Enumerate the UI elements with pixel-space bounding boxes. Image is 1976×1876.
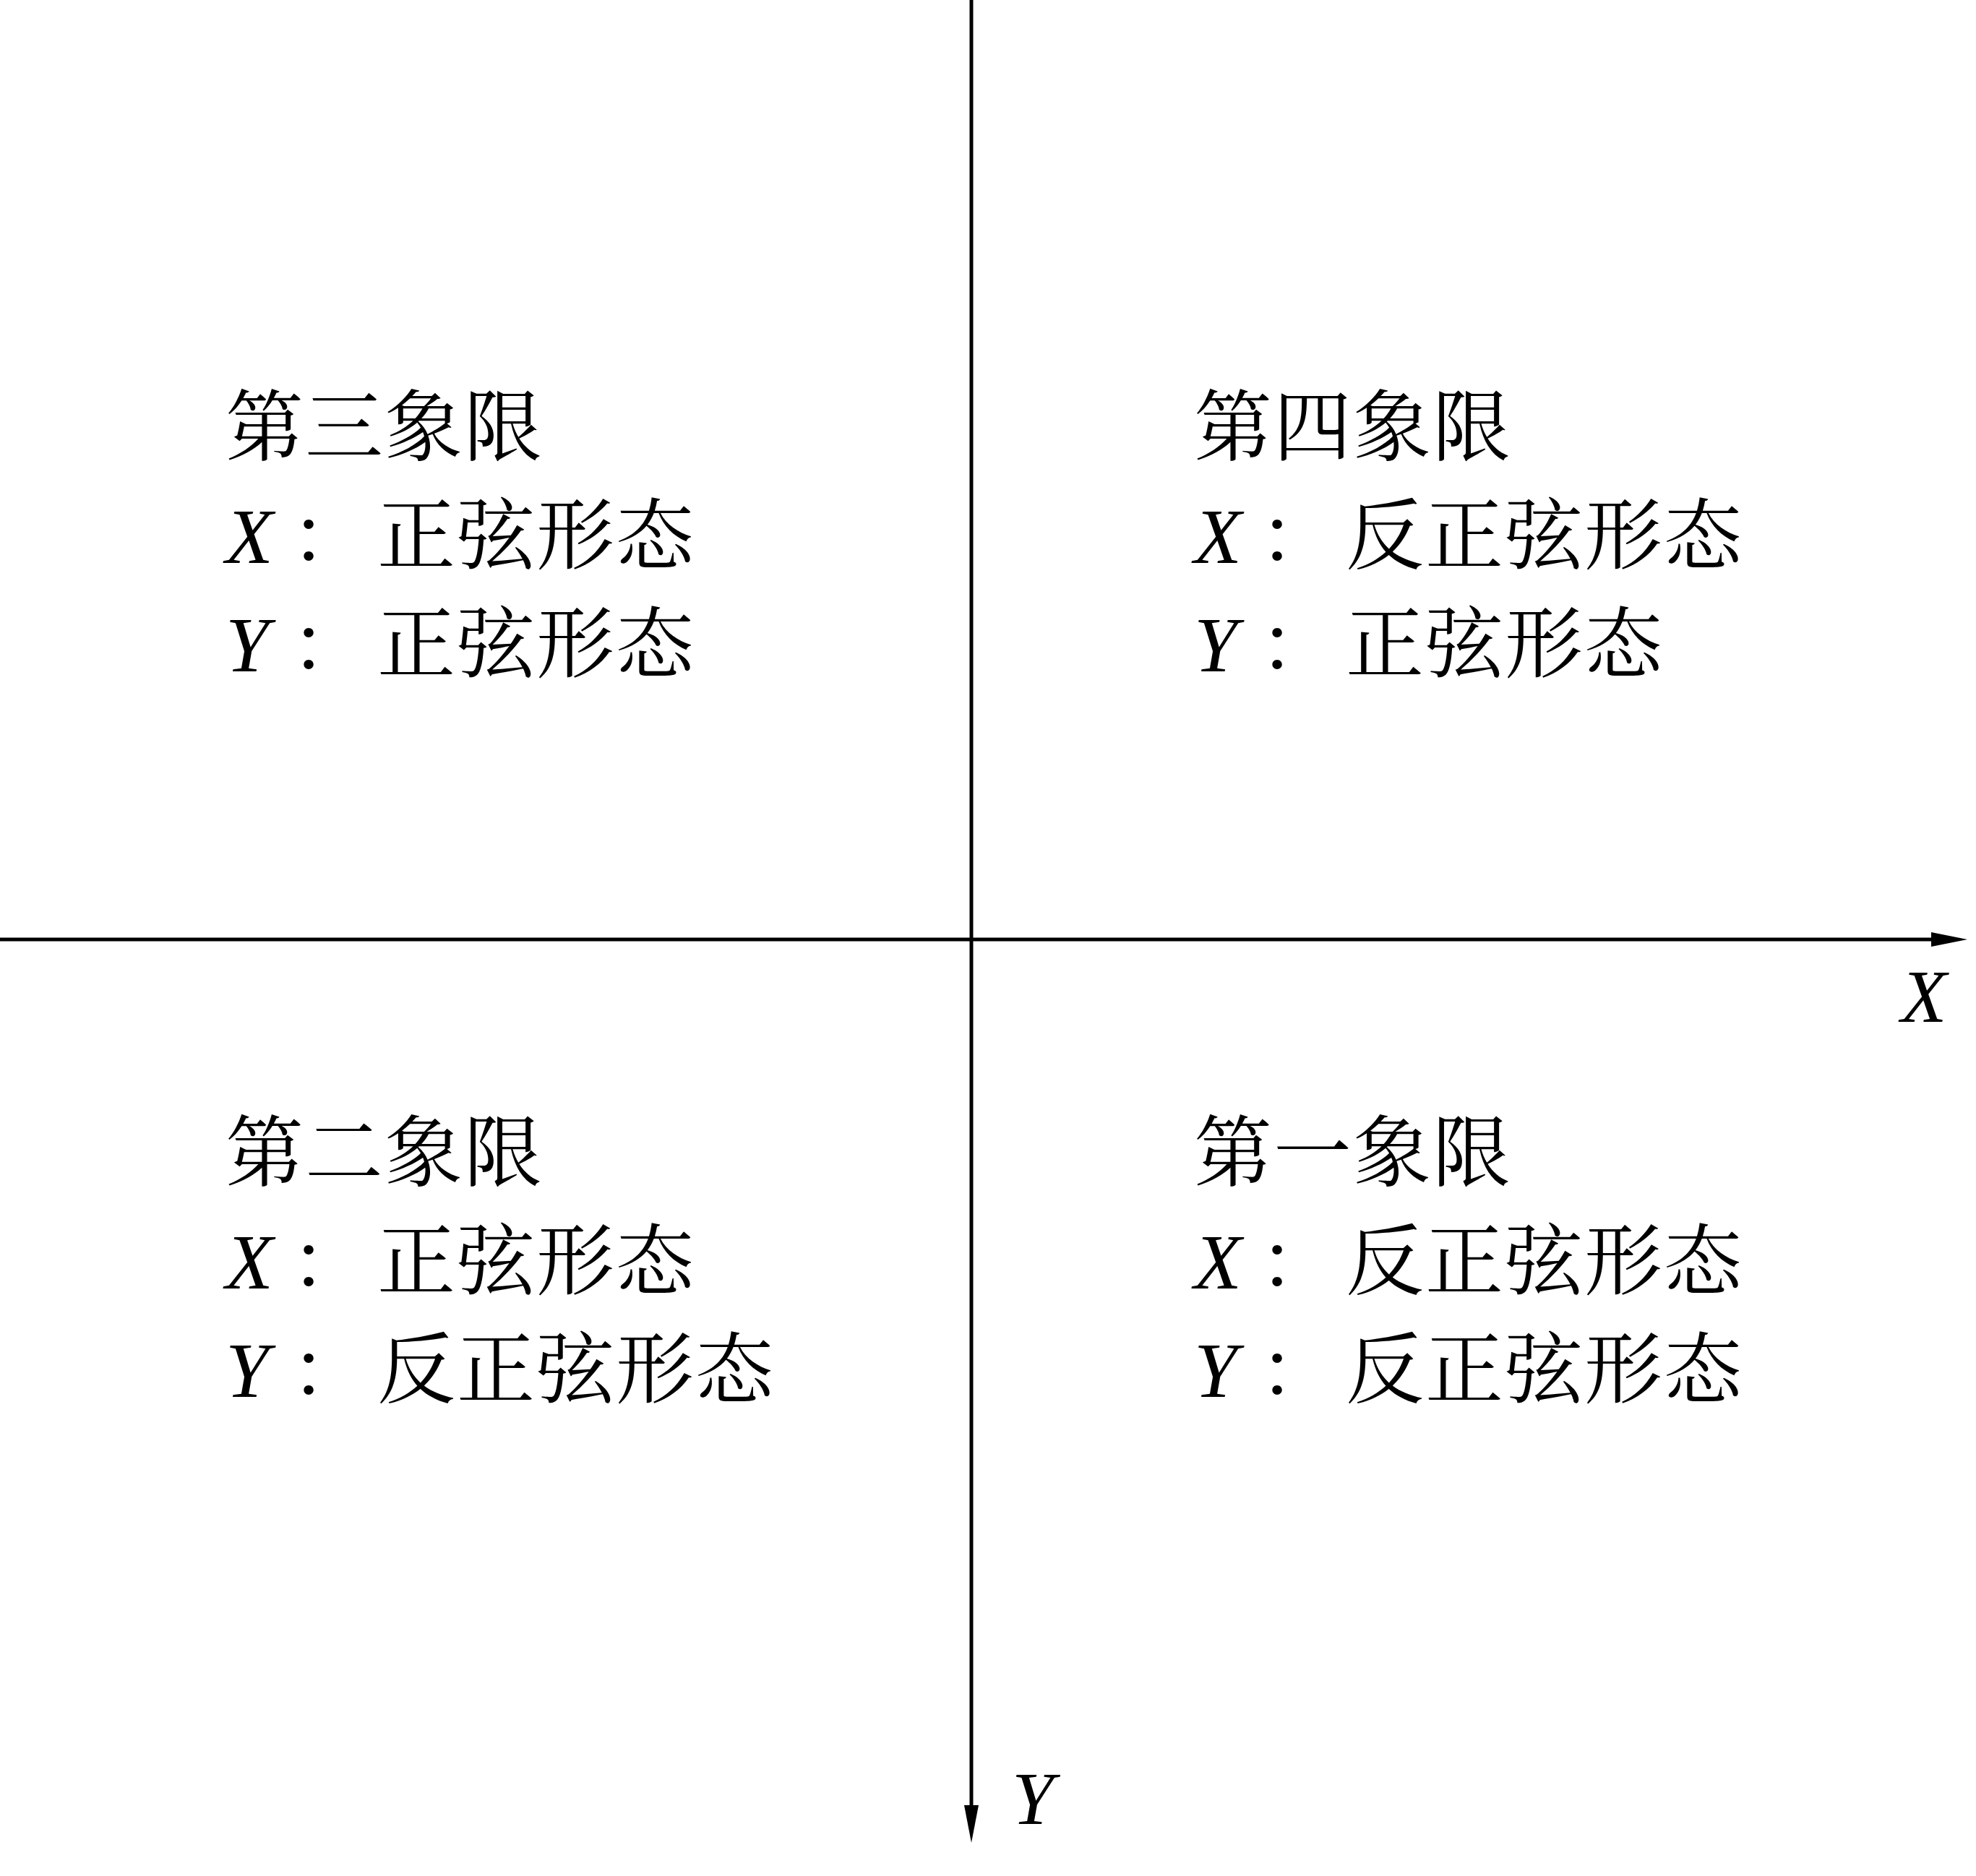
separator: ： — [1259, 483, 1346, 591]
separator: ： — [1259, 1317, 1346, 1425]
quadrant-2-text: 第二象限 X：正弦形态 Y：反正弦形态 — [225, 1100, 775, 1425]
x-state: 正弦形态 — [377, 1217, 695, 1307]
separator: ： — [1259, 591, 1346, 700]
axes — [0, 0, 1976, 1876]
quadrant-3-text: 第三象限 X：正弦形态 Y：正弦形态 — [225, 374, 695, 700]
y-state: 正弦形态 — [1346, 600, 1664, 690]
x-axis-arrow-icon — [1931, 932, 1967, 947]
x-axis-label: X — [1901, 960, 1947, 1035]
quadrant-title: 第三象限 — [225, 374, 695, 483]
separator: ： — [291, 1208, 377, 1317]
quadrant-title: 第一象限 — [1194, 1100, 1743, 1208]
y-axis-arrow-icon — [964, 1805, 979, 1843]
separator: ： — [1259, 1208, 1346, 1317]
y-var: Y — [1194, 1317, 1259, 1426]
quadrant-diagram: X Y 第三象限 X：正弦形态 Y：正弦形态 第四象限 X：反正弦形态 Y：正弦… — [0, 0, 1976, 1876]
y-state-row: Y：正弦形态 — [1194, 591, 1743, 700]
y-state-row: Y：正弦形态 — [225, 591, 695, 700]
x-state-row: X：正弦形态 — [225, 483, 695, 591]
x-state-row: X：正弦形态 — [225, 1208, 775, 1317]
x-var: X — [225, 483, 291, 592]
separator: ： — [291, 483, 377, 591]
y-var: Y — [225, 592, 291, 700]
x-state-row: X：反正弦形态 — [1194, 483, 1743, 591]
x-state: 反正弦形态 — [1346, 491, 1743, 582]
x-var: X — [1194, 1209, 1259, 1317]
separator: ： — [291, 591, 377, 700]
x-state: 反正弦形态 — [1346, 1217, 1743, 1307]
y-state-row: Y：反正弦形态 — [1194, 1317, 1743, 1425]
y-state: 反正弦形态 — [377, 1325, 775, 1416]
x-state-row: X：反正弦形态 — [1194, 1208, 1743, 1317]
y-state: 正弦形态 — [377, 600, 695, 690]
y-var: Y — [225, 1317, 291, 1426]
x-var: X — [1194, 483, 1259, 592]
x-state: 正弦形态 — [377, 491, 695, 582]
quadrant-4-text: 第四象限 X：反正弦形态 Y：正弦形态 — [1194, 374, 1743, 700]
separator: ： — [291, 1317, 377, 1425]
quadrant-title: 第四象限 — [1194, 374, 1743, 483]
quadrant-title: 第二象限 — [225, 1100, 775, 1208]
y-state-row: Y：反正弦形态 — [225, 1317, 775, 1425]
y-state: 反正弦形态 — [1346, 1325, 1743, 1416]
quadrant-1-text: 第一象限 X：反正弦形态 Y：反正弦形态 — [1194, 1100, 1743, 1425]
y-var: Y — [1194, 592, 1259, 700]
x-var: X — [225, 1209, 291, 1317]
y-axis-label: Y — [1012, 1762, 1054, 1837]
